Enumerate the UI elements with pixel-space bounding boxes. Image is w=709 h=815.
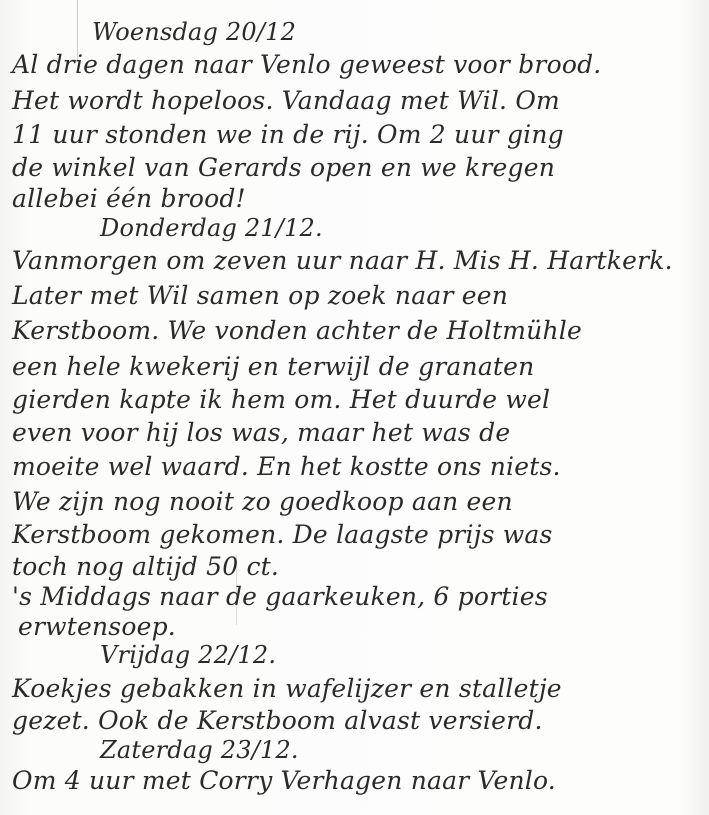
diary-line: moeite wel waard. En het kostte ons niet… [12,454,561,479]
diary-line: gezet. Ook de Kerstboom alvast versierd. [12,708,543,733]
diary-line: We zijn nog nooit zo goedkoop aan een [12,489,513,514]
diary-line: Later met Wil samen op zoek naar een [12,283,508,308]
diary-line: Om 4 uur met Corry Verhagen naar Venlo. [12,768,556,793]
diary-page: Woensdag 20/12 Al drie dagen naar Venlo … [0,0,709,815]
diary-line: Kerstboom. We vonden achter de Holtmühle [12,318,582,343]
diary-line: gierden kapte ik hem om. Het duurde wel [12,387,550,412]
diary-line: even voor hij los was, maar het was de [12,420,510,445]
diary-line: Vanmorgen om zeven uur naar H. Mis H. Ha… [12,248,673,273]
diary-line: 's Middags naar de gaarkeuken, 6 porties [12,584,548,609]
diary-line: erwtensoep. [18,614,176,639]
diary-line: toch nog altijd 50 ct. [12,554,279,579]
entry-date-heading: Zaterdag 23/12. [100,738,299,762]
diary-line: de winkel van Gerards open en we kregen [12,155,555,180]
diary-line: een hele kwekerij en terwijl de granaten [12,354,534,379]
diary-line: Kerstboom gekomen. De laagste prijs was [12,522,553,547]
diary-line: Het wordt hopeloos. Vandaag met Wil. Om [12,88,560,113]
entry-date-heading: Woensdag 20/12 [92,20,296,44]
diary-line: Al drie dagen naar Venlo geweest voor br… [12,52,601,77]
entry-date-heading: Donderdag 21/12. [100,216,323,240]
diary-line: allebei één brood! [12,186,246,211]
entry-date-heading: Vrijdag 22/12. [100,643,276,667]
diary-line: 11 uur stonden we in de rij. Om 2 uur gi… [12,122,564,147]
diary-line: Koekjes gebakken in wafelijzer en stalle… [12,676,562,701]
